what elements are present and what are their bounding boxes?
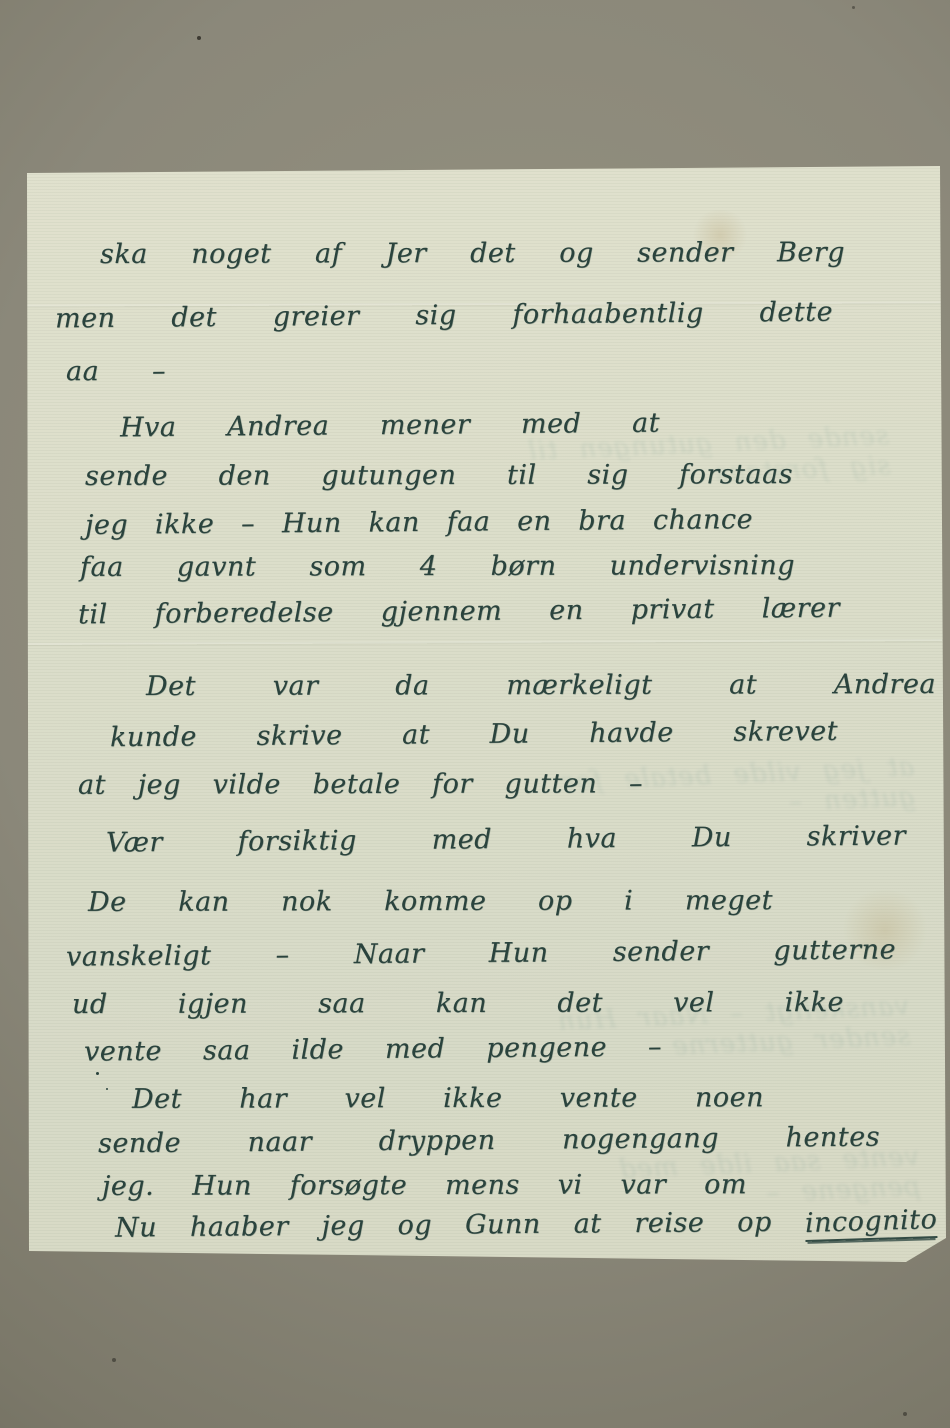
handwriting-line: Hva Andrea mener med at xyxy=(120,408,660,444)
ink-speck xyxy=(106,1088,108,1090)
handwriting-line: Det var da mærkeligt at Andrea xyxy=(146,669,936,702)
dust-speck xyxy=(197,36,201,40)
dust-speck xyxy=(903,1412,907,1416)
handwriting-line: sende den gutungen til sig forstaas xyxy=(85,459,793,492)
handwriting-line: kunde skrive at Du havde skrevet xyxy=(110,716,838,753)
handwriting-line: ud igjen saa kan det vel ikke xyxy=(72,987,844,1020)
handwriting-line: at jeg vilde betale for gutten – xyxy=(78,768,643,801)
handwriting-line: aa – xyxy=(66,356,166,387)
handwriting-line: Nu haaber jeg og Gunn at reise op incogn… xyxy=(115,1205,937,1246)
handwriting-line: jeg. Hun forsøgte mens vi var om xyxy=(102,1169,747,1202)
handwriting-line: til forberedelse gjennem en privat lærer xyxy=(78,593,840,631)
handwriting-line: ska noget af Jer det og sender Berg xyxy=(100,237,845,270)
handwriting-line: faa gavnt som 4 børn undervisning xyxy=(80,550,795,583)
handwriting-line: jeg ikke – Hun kan faa en bra chance xyxy=(85,504,753,541)
handwriting-line: Det har vel ikke vente noen xyxy=(132,1082,764,1115)
handwriting-line: vente saa ilde med pengene – xyxy=(84,1031,662,1067)
dust-speck xyxy=(852,6,855,9)
ink-speck xyxy=(96,1072,99,1075)
letter-photo: sende den gutungen til sig forstaas at j… xyxy=(0,0,950,1428)
underlined-word: incognito xyxy=(804,1204,937,1242)
dust-speck xyxy=(112,1358,116,1362)
handwriting-line-text: Nu haaber jeg og Gunn at reise op xyxy=(115,1207,772,1244)
paper-fold-crease xyxy=(27,639,942,645)
handwriting-line: De kan nok komme op i meget xyxy=(88,885,773,918)
